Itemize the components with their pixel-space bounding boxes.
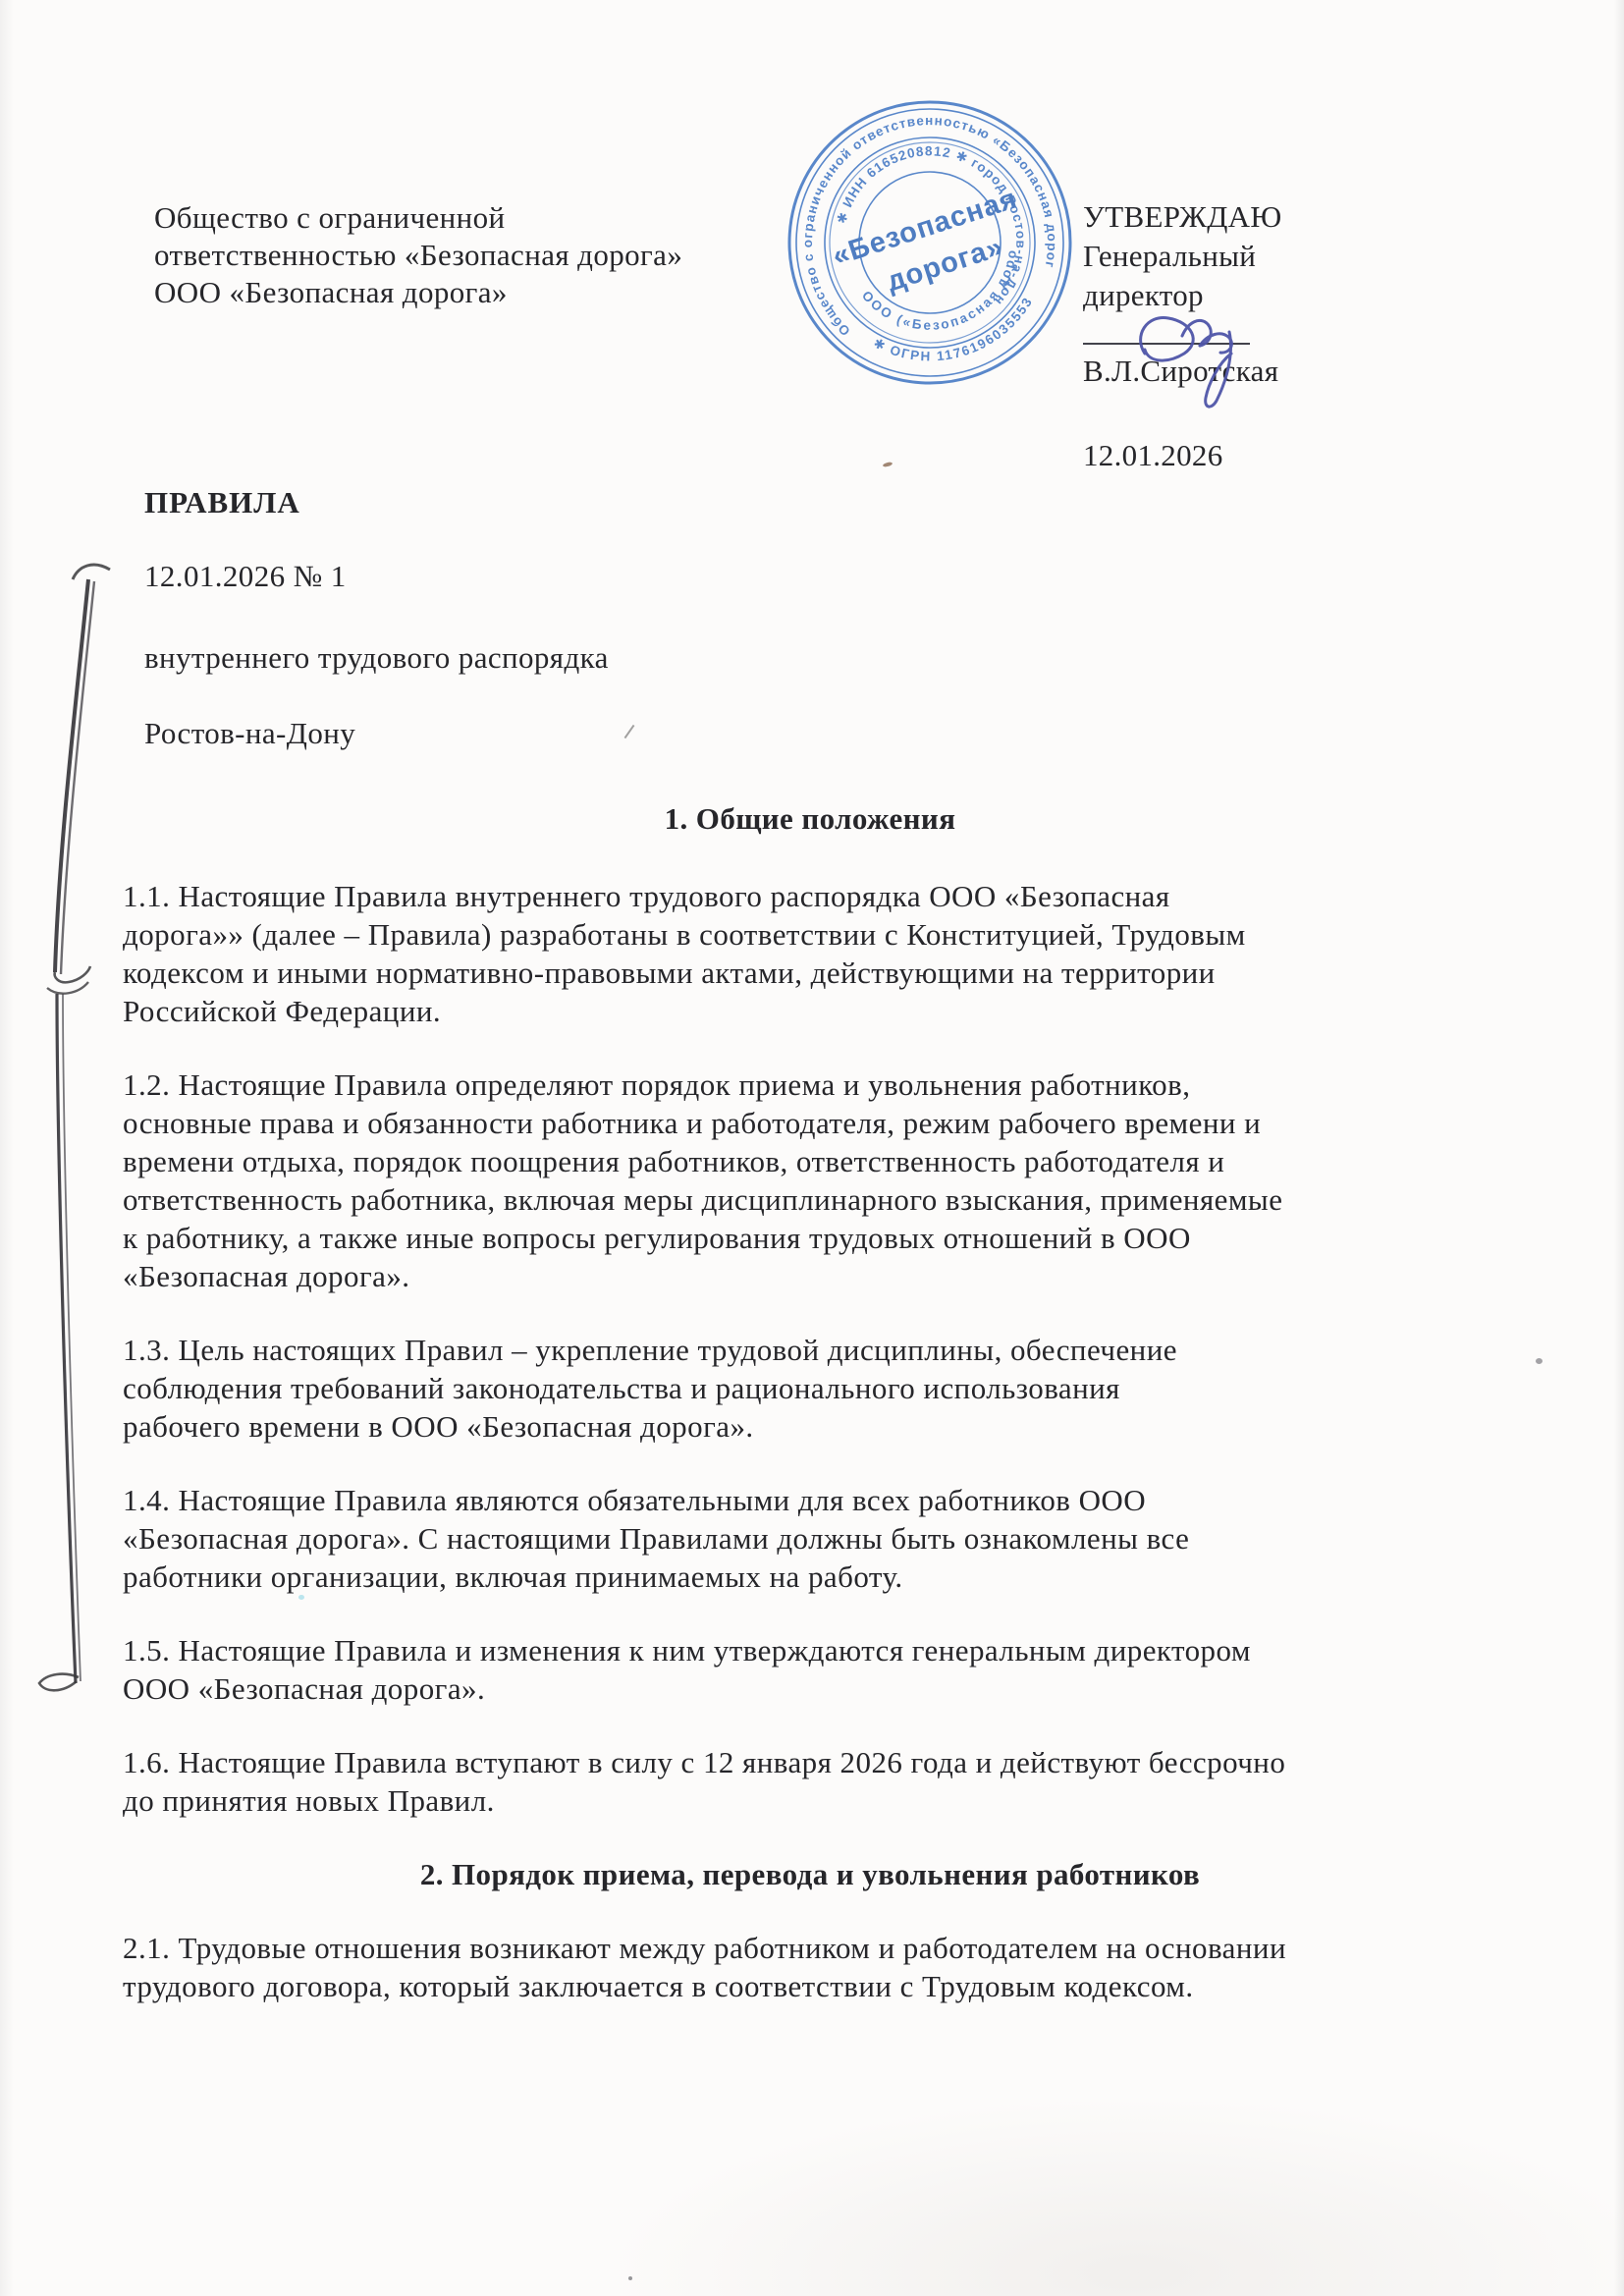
paragraph-2-1: 2.1. Трудовые отношения возникают между … [123,1929,1556,2005]
document-place: Ростов-на-Дону [144,714,1028,752]
section-1-heading: 1. Общие положения [123,799,1497,838]
binding-thread-artifact [0,540,128,1728]
document-body: 1. Общие положения 1.1. Настоящие Правил… [123,799,1556,2041]
paragraph-1-1: 1.1. Настоящие Правила внутреннего трудо… [123,877,1556,1030]
approve-label: УТВЕРЖДАЮ [1083,197,1378,237]
speck-artifact [298,1595,304,1600]
organization-name-block: Общество с ограниченной ответственностью… [154,199,802,311]
company-round-stamp: Общество с ограниченной ответственностью… [783,95,1077,390]
handwritten-signature [1117,293,1294,430]
document-title-block: ПРАВИЛА 12.01.2026 № 1 внутреннего трудо… [144,483,1028,752]
paragraph-1-6: 1.6. Настоящие Правила вступают в силу с… [123,1743,1556,1820]
speck-artifact [1536,1358,1543,1364]
section-2-heading: 2. Порядок приема, перевода и увольнения… [123,1855,1497,1893]
paragraph-1-4: 1.4. Настоящие Правила являются обязател… [123,1481,1556,1596]
document-type-title: ПРАВИЛА [144,483,1028,521]
approval-date: 12.01.2026 [1083,436,1378,474]
speck-artifact [628,2276,632,2280]
paragraph-1-3: 1.3. Цель настоящих Правил – укрепление … [123,1331,1556,1446]
scanned-document-page: Общество с ограниченной ответственностью… [0,0,1624,2296]
document-date-number: 12.01.2026 № 1 [144,557,1028,595]
document-subject: внутреннего трудового распорядка [144,638,1028,677]
paragraph-1-5: 1.5. Настоящие Правила и изменения к ним… [123,1631,1556,1708]
paragraph-1-2: 1.2. Настоящие Правила определяют порядо… [123,1066,1556,1295]
speck-artifact [883,462,893,467]
